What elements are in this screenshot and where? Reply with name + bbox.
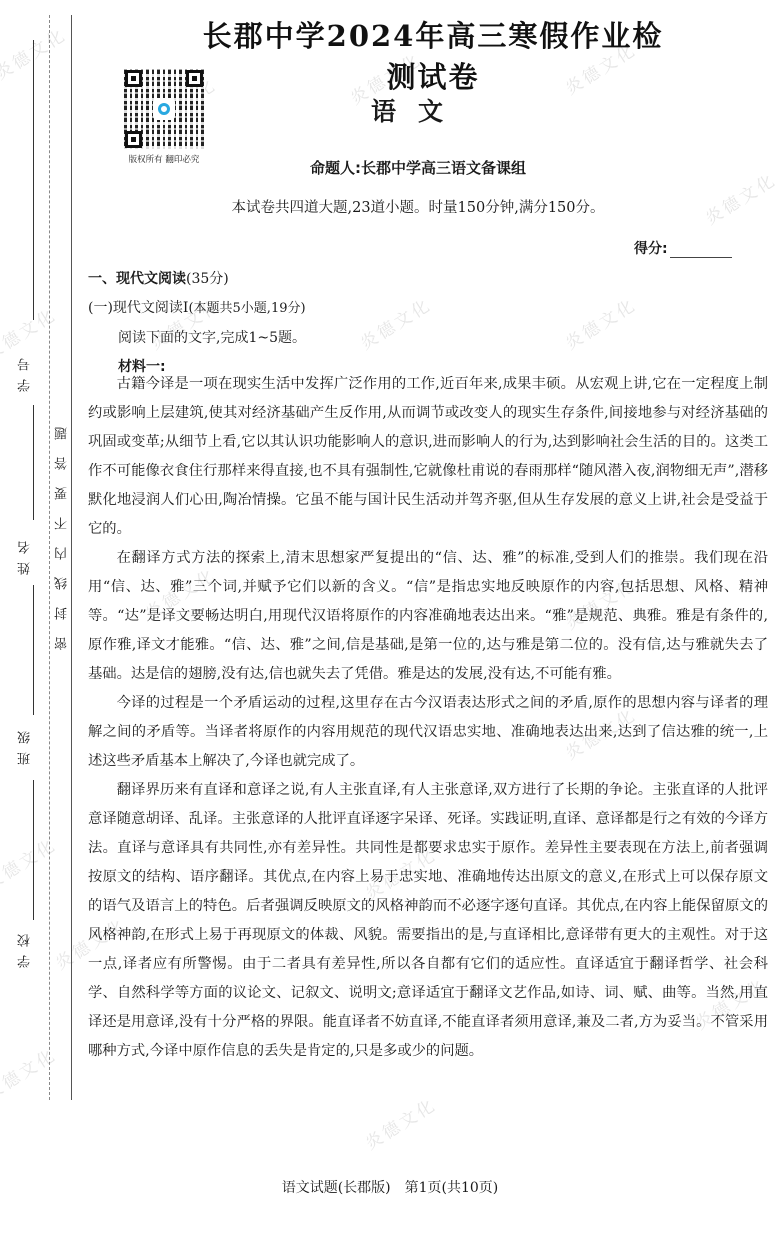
field-line-student-id[interactable] bbox=[33, 40, 34, 320]
margin-rule bbox=[71, 15, 72, 1100]
section-points: (35分) bbox=[186, 271, 229, 287]
field-label-name: 姓名 bbox=[16, 525, 38, 575]
field-label-student-id: 学号 bbox=[16, 342, 38, 392]
score-label: 得分: bbox=[634, 241, 668, 257]
subsection-heading: (一)现代文阅读Ⅰ(本题共5小题,19分) bbox=[88, 297, 306, 317]
field-line-name[interactable] bbox=[33, 405, 34, 520]
watermark: 炎德文化 bbox=[699, 166, 780, 230]
passage-paragraph: 今译的过程是一个矛盾运动的过程,这里存在古今汉语表达形式之间的矛盾,原作的思想内… bbox=[88, 689, 768, 776]
field-line-class[interactable] bbox=[33, 585, 34, 715]
subject-title: 语文 bbox=[268, 92, 568, 128]
subsection-title: (一)现代文阅读Ⅰ bbox=[88, 300, 188, 316]
reading-directive: 阅读下面的文字,完成1~5题。 bbox=[118, 327, 306, 347]
passage-paragraph: 在翻译方式方法的探索上,清末思想家严复提出的“信、达、雅”的标准,受到人们的推崇… bbox=[88, 544, 768, 689]
copyright-caption: 版权所有 翻印必究 bbox=[123, 153, 205, 165]
seal-warning-text: 密封线内不要答题 bbox=[53, 410, 71, 650]
field-line-school[interactable] bbox=[33, 780, 34, 920]
qr-block: 版权所有 翻印必究 bbox=[123, 68, 205, 165]
field-label-school: 学校 bbox=[16, 918, 38, 968]
passage-paragraph: 古籍今译是一项在现实生活中发挥广泛作用的工作,近百年来,成果丰硕。从宏观上讲,它… bbox=[88, 370, 768, 544]
section-title: 一、现代文阅读 bbox=[88, 271, 186, 287]
score-field: 得分: bbox=[634, 238, 732, 258]
author-line: 命题人:长郡中学高三语文备课组 bbox=[248, 157, 588, 178]
section-heading: 一、现代文阅读(35分) bbox=[88, 268, 229, 288]
page-footer: 语文试题(长郡版) 第1页(共10页) bbox=[0, 1177, 780, 1197]
app-logo-icon bbox=[153, 98, 175, 120]
watermark: 炎德文化 bbox=[359, 1091, 440, 1155]
watermark: 炎德文化 bbox=[559, 291, 640, 355]
passage: 古籍今译是一项在现实生活中发挥广泛作用的工作,近百年来,成果丰硕。从宏观上讲,它… bbox=[88, 370, 768, 1066]
binding-margin: 学号 姓名 班级 学校 bbox=[0, 0, 48, 1235]
watermark: 炎德文化 bbox=[354, 291, 435, 355]
score-blank[interactable] bbox=[670, 243, 732, 258]
qr-code-icon[interactable] bbox=[123, 68, 205, 150]
passage-paragraph: 翻译界历来有直译和意译之说,有人主张直译,有人主张意译,双方进行了长期的争论。主… bbox=[88, 776, 768, 1066]
subsection-note: (本题共5小题,19分) bbox=[188, 301, 305, 316]
field-label-class: 班级 bbox=[16, 715, 38, 765]
seal-dashed-line bbox=[49, 15, 50, 1100]
exam-instructions: 本试卷共四道大题,23道小题。时量150分钟,满分150分。 bbox=[168, 196, 668, 217]
exam-title: 长郡中学2024年高三寒假作业检测试卷 bbox=[193, 14, 673, 96]
